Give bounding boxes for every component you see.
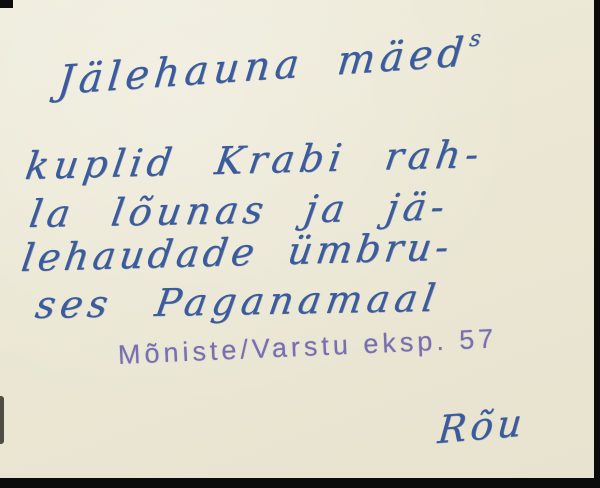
scan-left-smudge [0,396,4,444]
handwriting-line-5: ses Paganamaal [33,276,444,327]
parish-signature: Rõu [436,400,528,452]
scan-edge-bottom [0,478,600,488]
scan-edge-right [594,0,600,488]
scanned-card: Jälehauna mäeds kuplid Krabi rah- la lõu… [0,0,600,488]
scan-corner-mark [0,0,13,8]
